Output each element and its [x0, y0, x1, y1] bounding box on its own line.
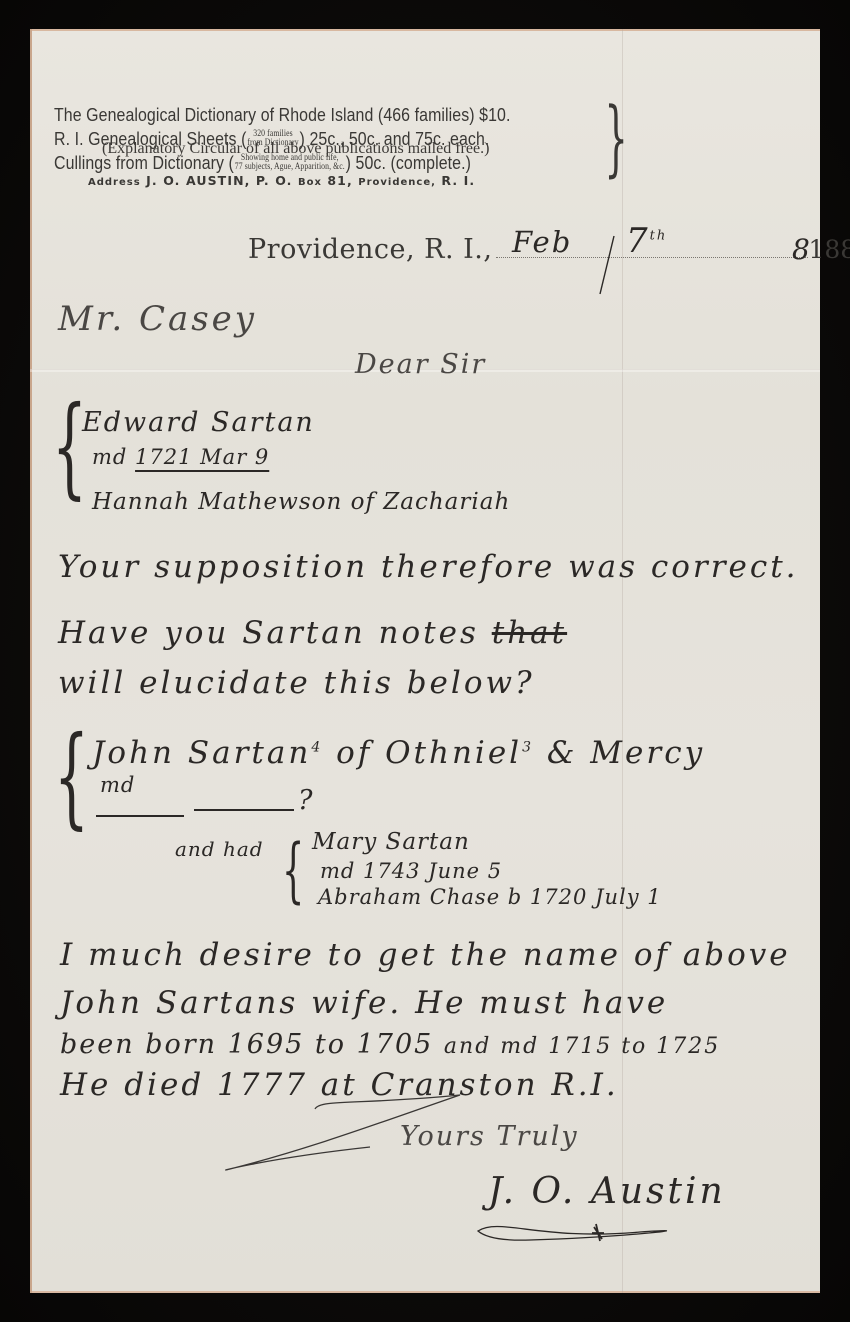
record2-father: of Othniel — [336, 735, 522, 771]
scan-background: The Genealogical Dictionary of Rhode Isl… — [0, 0, 850, 1322]
address-box: Box — [298, 177, 322, 188]
body-line-1: Your supposition therefore was correct. — [58, 549, 799, 585]
recipient-name: Mr. Casey — [58, 299, 257, 339]
record2-had-label: and had — [175, 837, 264, 861]
dateline-city: Providence, R. I., — [248, 234, 492, 265]
closing-line-3b: and md 1715 to 1725 — [444, 1034, 720, 1059]
address-box-number: 81, — [327, 173, 352, 188]
closing-line-3: been born 1695 to 1705 and md 1715 to 17… — [60, 1029, 720, 1060]
record1-married-date: 1721 Mar 9 — [135, 445, 269, 469]
body-line-2: Have you Sartan notes that — [58, 615, 567, 651]
closing-line-2: John Sartans wife. He must have — [60, 985, 668, 1021]
signature-flourishes — [30, 29, 820, 1293]
address-city: Providence, — [358, 177, 436, 188]
vertical-fold-crease — [622, 29, 623, 1293]
record1-spouse: Hannah Mathewson of Zachariah — [92, 489, 510, 515]
record1-marriage: md 1721 Mar 9 — [92, 445, 269, 469]
cullings-note-bottom: 77 subjects, Ague, Apparition, &c. — [235, 162, 345, 171]
date-day-number: 7 — [626, 221, 650, 261]
record2-mother: & Mercy — [547, 735, 705, 771]
body-line-2-text: Have you Sartan notes — [58, 615, 479, 651]
record2-name-line: John Sartan4 of Othniel3 & Mercy — [92, 735, 705, 771]
record2-blank-1 — [96, 815, 184, 817]
record2-generation: 4 — [311, 740, 323, 756]
letterhead-brace: } — [604, 98, 627, 180]
record2-child-brace: { — [282, 835, 304, 905]
record1-married-label: md — [92, 445, 127, 469]
record2-child-marriage: md 1743 June 5 — [320, 859, 502, 883]
letterhead-dictionary-line: The Genealogical Dictionary of Rhode Isl… — [54, 104, 510, 126]
body-line-2-struck-word: that — [492, 615, 567, 651]
date-month: Feb — [512, 225, 572, 259]
address-label: Address — [88, 177, 141, 188]
closing-line-1: I much desire to get the name of above — [60, 937, 791, 973]
signature-underline-flourish — [478, 1227, 666, 1241]
record2-brace: { — [54, 721, 89, 831]
greeting: Dear Sir — [355, 349, 486, 380]
date-day: 7th — [626, 221, 667, 261]
record2-married-label: md — [100, 773, 135, 797]
address-state: R. I. — [441, 173, 475, 188]
signature-mark — [592, 1224, 604, 1241]
record2-question-mark: ? — [298, 785, 314, 816]
record2-father-generation: 3 — [522, 740, 534, 756]
closing-line-3a: been born 1695 to 1705 — [60, 1029, 433, 1060]
address-name: J. O. AUSTIN, P. O. — [146, 173, 292, 188]
closing-line-2a: John Sartans wife. — [60, 985, 402, 1021]
closing-line-2b: He must have — [415, 985, 668, 1021]
date-day-suffix: th — [650, 229, 668, 244]
date-year-final-digit: 8 — [792, 233, 810, 266]
record2-name: John Sartan — [92, 735, 311, 771]
dateline-year-printed: 188 — [808, 235, 850, 264]
record2-child-name: Mary Sartan — [312, 829, 470, 855]
closing-line-4: He died 1777 at Cranston R.I. — [60, 1067, 619, 1103]
record2-child-spouse: Abraham Chase b 1720 July 1 — [318, 885, 662, 909]
signature: J. O. Austin — [488, 1171, 726, 1212]
letterhead-address: Address J. O. AUSTIN, P. O. Box 81, Prov… — [88, 173, 475, 188]
record1-name: Edward Sartan — [82, 407, 315, 438]
closing-salutation: Yours Truly — [400, 1121, 579, 1152]
record2-blank-2 — [194, 809, 294, 811]
body-line-3: will elucidate this below? — [58, 665, 535, 701]
letter-sheet: The Genealogical Dictionary of Rhode Isl… — [30, 29, 820, 1293]
letterhead-circular-note: (Explanatory Circular of all above publi… — [102, 140, 489, 158]
